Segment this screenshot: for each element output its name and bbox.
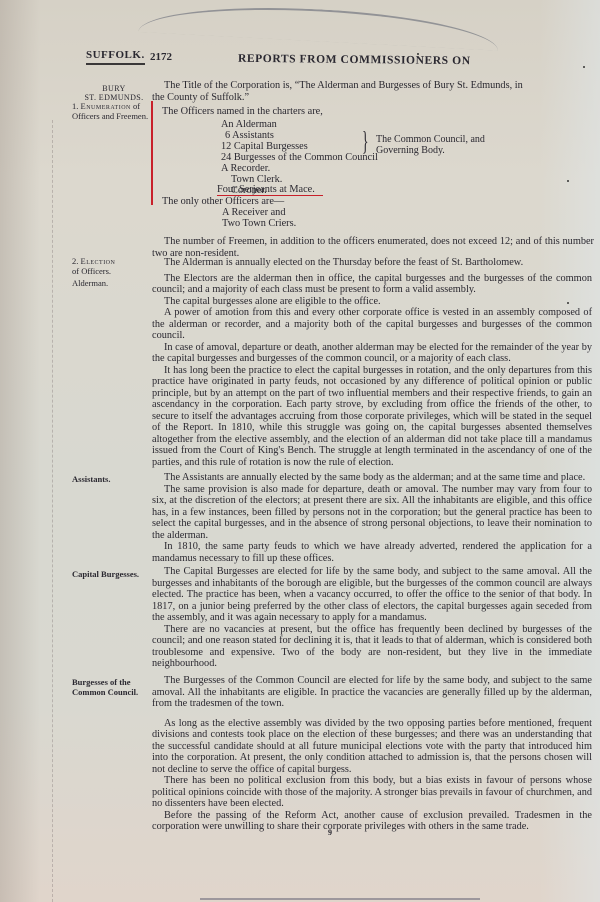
paragraph: The capital burgesses alone are eligible… — [152, 296, 592, 308]
page-edge-curve — [138, 0, 499, 51]
other-officer-item: Two Town Criers. — [222, 218, 296, 230]
other-officer-item: A Receiver and — [222, 207, 285, 219]
paragraph: The Alderman is annually elected on the … — [152, 257, 592, 269]
paragraph: The same provision is also made for depa… — [152, 484, 592, 542]
brace-glyph: } — [362, 128, 368, 155]
paragraph: The Electors are the alderman then in of… — [152, 273, 592, 296]
margin-note-assistants: Assistants. — [72, 474, 150, 484]
paragraph: As long as the elective assembly was div… — [152, 718, 592, 776]
paragraph: The Capital Burgesses are elected for li… — [152, 566, 592, 624]
paragraph: The Burgesses of the Common Council are … — [152, 675, 592, 710]
paragraph: There are no vacancies at present, but t… — [152, 624, 592, 670]
paragraph: In 1810, the same party feuds to which w… — [152, 541, 592, 564]
folio-signature-mark: 9 — [328, 828, 332, 837]
brace-label: The Common Council, and Governing Body. — [376, 134, 506, 156]
margin-note-enumeration: 1. Enumeration of Officers and Freemen. — [72, 101, 150, 121]
officer-item: 12 Capital Burgesses — [221, 141, 308, 153]
corporation-title-paragraph: The Title of the Corporation is, “The Al… — [152, 80, 592, 103]
ink-speck — [583, 66, 585, 68]
ink-speck — [417, 53, 419, 55]
paragraph: A power of amotion from this and every o… — [152, 307, 592, 342]
margin-note-election: 2. Election of Officers. — [72, 256, 150, 276]
page-number: 2172 — [150, 51, 172, 63]
paragraph: Before the passing of the Reform Act, an… — [152, 810, 592, 833]
paragraph: There has been no political exclusion fr… — [152, 775, 592, 810]
ink-speck — [567, 180, 569, 182]
other-officers-intro: The only other Officers are— — [162, 196, 284, 208]
assistants-section: The Assistants are annually elected by t… — [152, 472, 592, 564]
officer-item: 24 Burgesses of the Common Council — [221, 152, 378, 164]
paragraph: It has long been the practice to elect t… — [152, 365, 592, 469]
burgesses-common-council-section: The Burgesses of the Common Council are … — [152, 675, 592, 833]
margin-note-capital-burgesses: Capital Burgesses. — [72, 569, 150, 579]
margin-note-burgesses-common-council: Burgesses of the Common Council. — [72, 677, 150, 697]
officer-item: A Recorder. — [221, 163, 270, 175]
page-fold-line — [52, 120, 53, 902]
place-line-1: BURY — [80, 84, 148, 93]
paragraph: In case of amoval, departure or death, a… — [152, 342, 592, 365]
running-title: REPORTS FROM COMMISSIONERS ON — [238, 53, 471, 67]
freemen-paragraph: The number of Freemen, in addition to th… — [152, 236, 594, 259]
ink-speck — [567, 302, 569, 304]
officer-item-underlined: Four Serjeants at Mace. — [217, 184, 315, 196]
page-shadow-left — [0, 0, 40, 902]
capital-burgesses-section: The Capital Burgesses are elected for li… — [152, 566, 592, 670]
page-edge-bottom — [200, 898, 480, 900]
alderman-section: The Alderman is annually elected on the … — [152, 257, 592, 468]
place-heading: BURY ST. EDMUNDS. — [80, 84, 148, 102]
red-margin-annotation — [151, 101, 153, 205]
paragraph: The Assistants are annually elected by t… — [152, 472, 592, 484]
margin-note-enumeration-title: Enumeration — [81, 101, 131, 111]
officer-item: An Alderman — [221, 119, 277, 131]
officer-item: 6 Assistants — [225, 130, 274, 142]
margin-note-alderman: Alderman. — [72, 278, 150, 288]
county-heading: SUFFOLK. — [86, 49, 145, 65]
officers-intro: The Officers named in the charters are, — [162, 106, 323, 118]
